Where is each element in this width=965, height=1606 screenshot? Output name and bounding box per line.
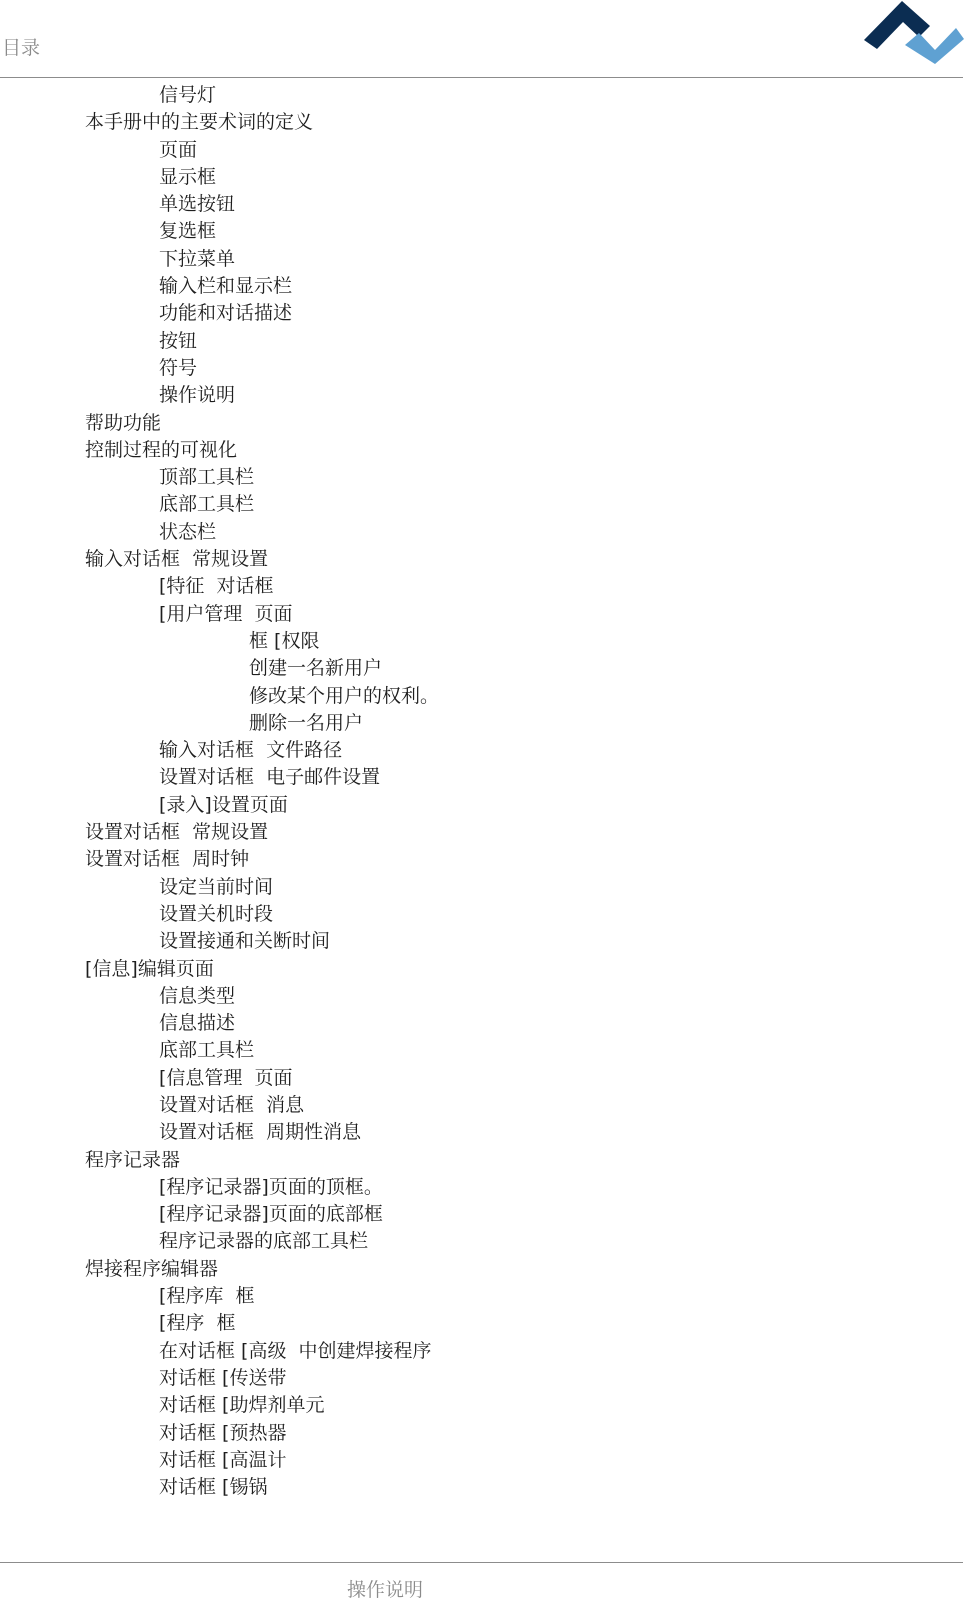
toc-entry-level-2[interactable]: 符号 (0, 355, 965, 382)
toc-entry-level-1[interactable]: 输入对话框 常规设置 (0, 546, 965, 573)
toc-entry-level-2[interactable]: 设定当前时间 (0, 874, 965, 901)
toc-entry-level-2[interactable]: 输入栏和显示栏 (0, 273, 965, 300)
toc-entry-level-1[interactable]: [信息]编辑页面 (0, 956, 965, 983)
toc-entry-level-1[interactable]: 帮助功能 (0, 410, 965, 437)
toc-entry-level-2[interactable]: 底部工具栏 (0, 491, 965, 518)
table-of-contents: 信号灯本手册中的主要术词的定义页面显示框单选按钮复选框下拉菜单输入栏和显示栏功能… (0, 82, 965, 1501)
toc-entry-level-2[interactable]: 信息描述 (0, 1010, 965, 1037)
toc-entry-level-2[interactable]: [程序 框 (0, 1310, 965, 1337)
header-title: 目录 (2, 36, 40, 60)
toc-entry-level-2[interactable]: 设置对话框 电子邮件设置 (0, 764, 965, 791)
toc-entry-level-2[interactable]: 功能和对话描述 (0, 300, 965, 327)
toc-entry-level-2[interactable]: 按钮 (0, 328, 965, 355)
toc-entry-level-2[interactable]: 复选框 (0, 218, 965, 245)
toc-entry-level-2[interactable]: [程序记录器]页面的顶框。 (0, 1174, 965, 1201)
toc-entry-level-2[interactable]: 对话框 [预热器 (0, 1420, 965, 1447)
toc-entry-level-2[interactable]: 顶部工具栏 (0, 464, 965, 491)
header-divider (0, 77, 963, 78)
toc-entry-level-2[interactable]: 程序记录器的底部工具栏 (0, 1228, 965, 1255)
toc-entry-level-2[interactable]: 状态栏 (0, 519, 965, 546)
toc-entry-level-2[interactable]: [用户管理 页面 (0, 601, 965, 628)
toc-entry-level-1[interactable]: 焊接程序编辑器 (0, 1256, 965, 1283)
toc-entry-level-1[interactable]: 控制过程的可视化 (0, 437, 965, 464)
toc-entry-level-2[interactable]: 单选按钮 (0, 191, 965, 218)
toc-entry-level-3[interactable]: 创建一名新用户 (0, 655, 965, 682)
toc-entry-level-2[interactable]: [信息管理 页面 (0, 1065, 965, 1092)
brand-logo-icon (864, 0, 964, 64)
toc-entry-level-3[interactable]: 框 [权限 (0, 628, 965, 655)
toc-entry-level-2[interactable]: 设置关机时段 (0, 901, 965, 928)
toc-entry-level-2[interactable]: 显示框 (0, 164, 965, 191)
toc-entry-level-2[interactable]: 信息类型 (0, 983, 965, 1010)
toc-entry-level-2[interactable]: 对话框 [锡锅 (0, 1474, 965, 1501)
toc-entry-level-1[interactable]: 设置对话框 常规设置 (0, 819, 965, 846)
toc-entry-level-2[interactable]: [特征 对话框 (0, 573, 965, 600)
toc-entry-level-3[interactable]: 修改某个用户的权利。 (0, 683, 965, 710)
toc-entry-level-1[interactable]: 本手册中的主要术词的定义 (0, 109, 965, 136)
toc-entry-level-2[interactable]: [录入]设置页面 (0, 792, 965, 819)
footer-title: 操作说明 (347, 1578, 423, 1602)
toc-entry-level-2[interactable]: 设置对话框 周期性消息 (0, 1119, 965, 1146)
toc-entry-level-2[interactable]: 页面 (0, 137, 965, 164)
toc-entry-level-2[interactable]: [程序记录器]页面的底部框 (0, 1201, 965, 1228)
toc-entry-level-2[interactable]: 下拉菜单 (0, 246, 965, 273)
toc-entry-level-2[interactable]: 底部工具栏 (0, 1037, 965, 1064)
toc-entry-level-2[interactable]: 对话框 [助焊剂单元 (0, 1392, 965, 1419)
toc-entry-level-2[interactable]: 对话框 [传送带 (0, 1365, 965, 1392)
toc-entry-level-1[interactable]: 设置对话框 周时钟 (0, 846, 965, 873)
toc-entry-level-2[interactable]: 输入对话框 文件路径 (0, 737, 965, 764)
toc-entry-level-2[interactable]: 设置对话框 消息 (0, 1092, 965, 1119)
toc-entry-level-2[interactable]: 设置接通和关断时间 (0, 928, 965, 955)
toc-entry-level-1[interactable]: 程序记录器 (0, 1147, 965, 1174)
toc-entry-level-3[interactable]: 删除一名用户 (0, 710, 965, 737)
toc-entry-level-2[interactable]: 对话框 [高温计 (0, 1447, 965, 1474)
toc-entry-level-2[interactable]: [程序库 框 (0, 1283, 965, 1310)
toc-entry-level-2[interactable]: 信号灯 (0, 82, 965, 109)
logo-light-check (905, 28, 964, 64)
toc-entry-level-2[interactable]: 操作说明 (0, 382, 965, 409)
toc-entry-level-2[interactable]: 在对话框 [高级 中创建焊接程序 (0, 1338, 965, 1365)
footer-divider (0, 1562, 963, 1563)
